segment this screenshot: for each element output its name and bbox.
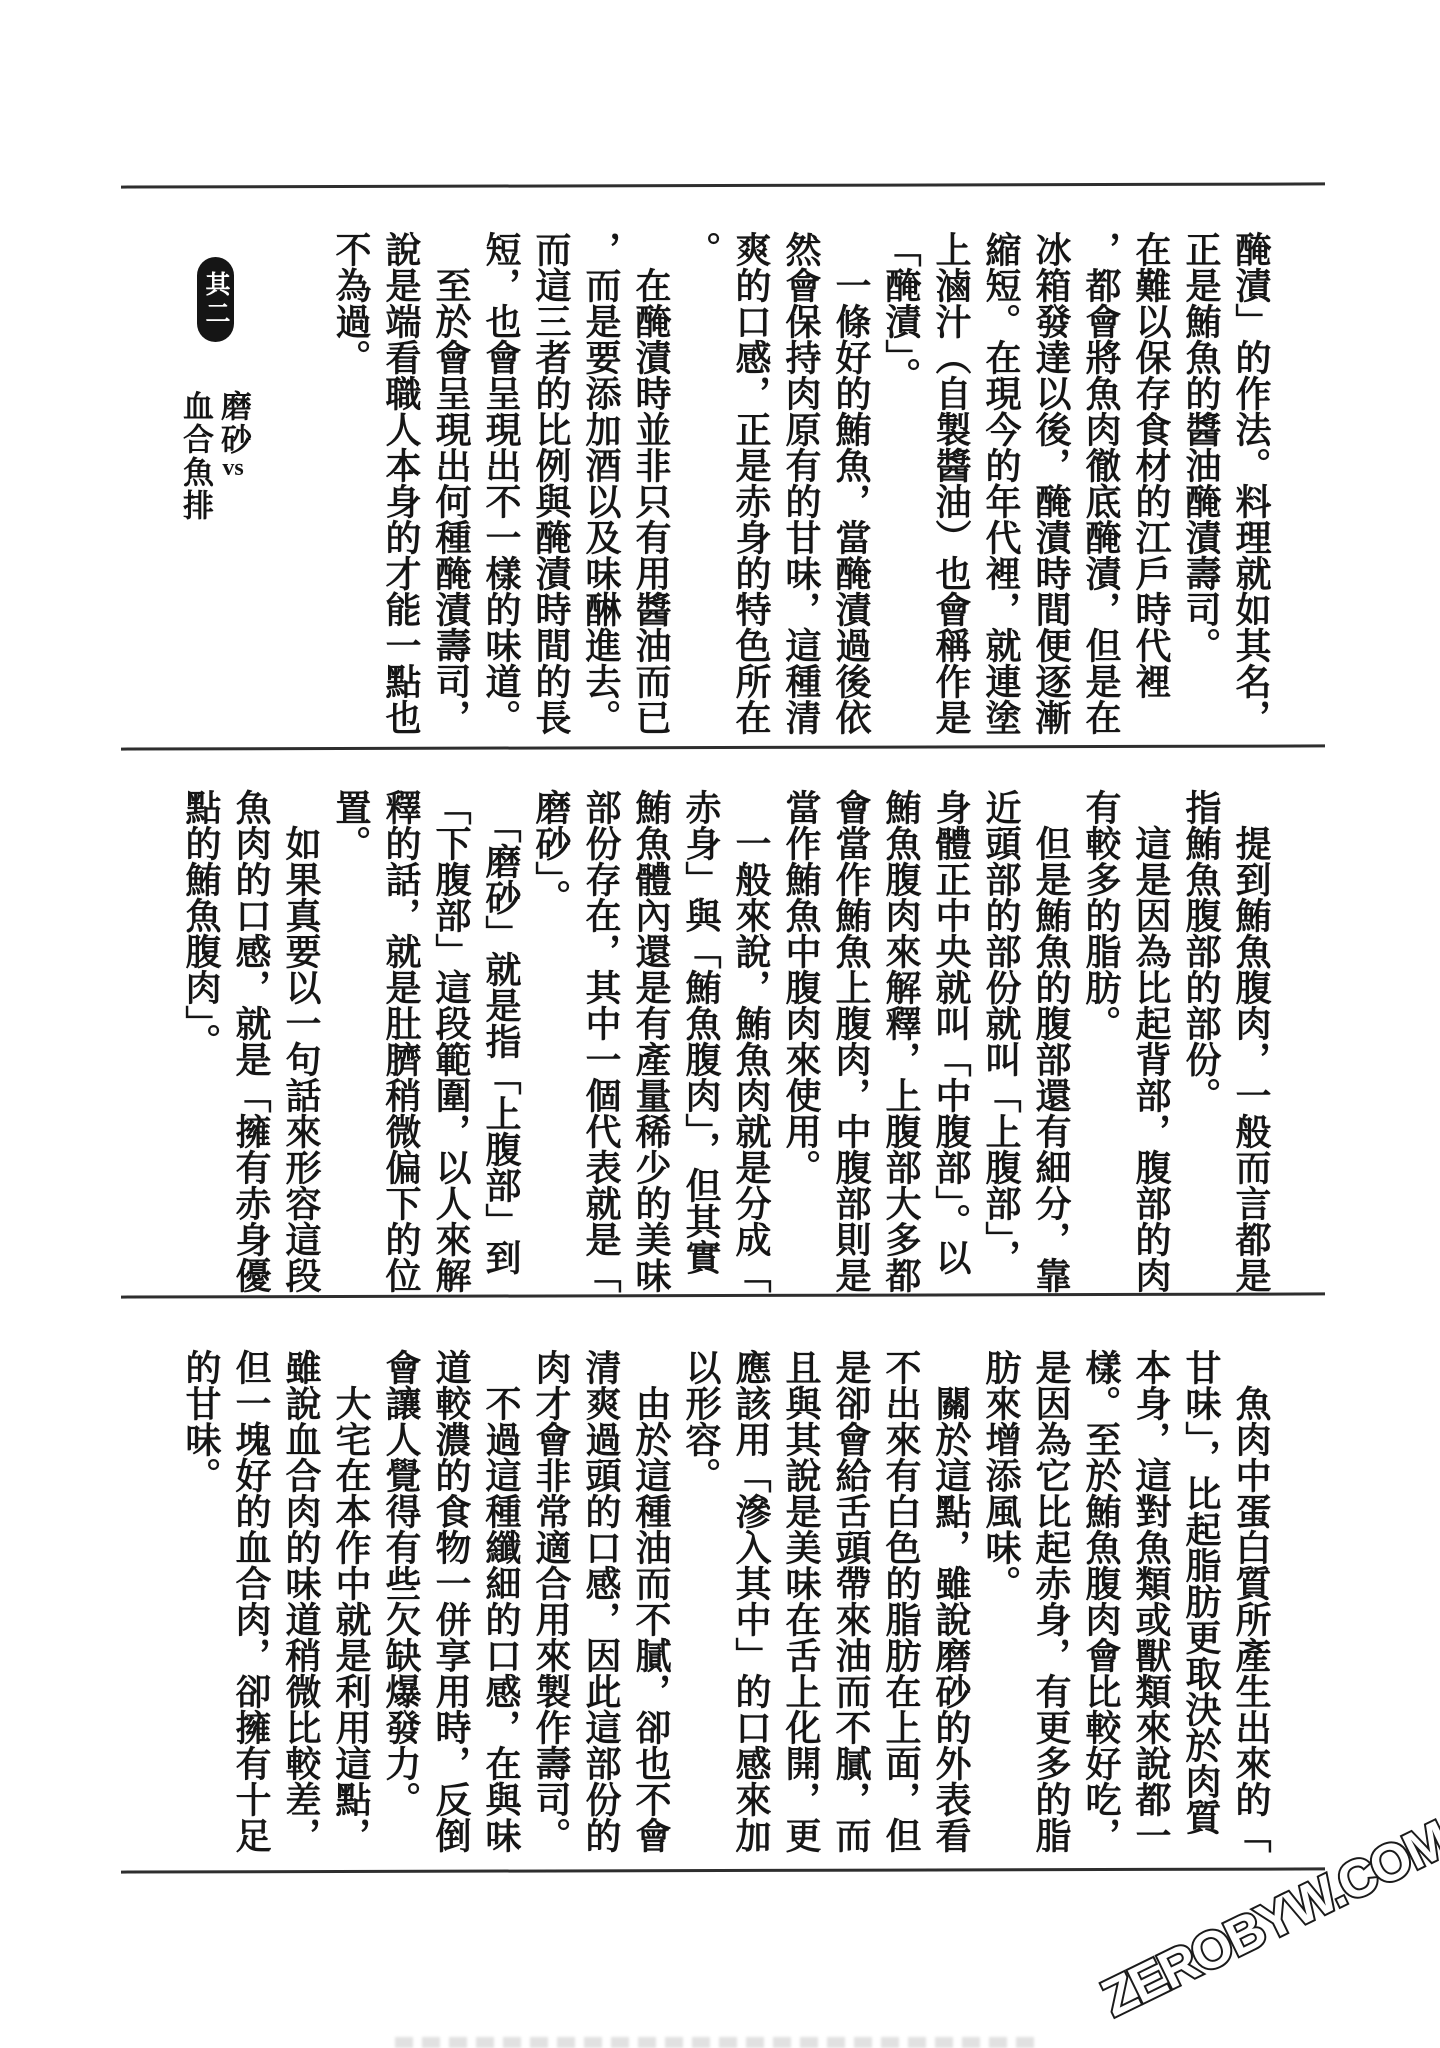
vertical-text-section-3: 魚肉中蛋白質所產生出來的「甘味」，比起脂肪更取決於肉質本身，這對魚類或獸類來說都… — [176, 1349, 1276, 1857]
text-column: 「醃漬」。 — [876, 231, 926, 739]
text-column: 點的鮪魚腹肉」。 — [176, 789, 226, 1297]
text-column: 說是端看職人本身的才能一點也 — [376, 231, 426, 739]
text-column: 但是鮪魚的腹部還有細分，靠 — [1026, 789, 1076, 1297]
text-column: 赤身」與「鮪魚腹肉」，但其實 — [676, 789, 726, 1297]
text-column: 會當作鮪魚上腹肉，中腹部則是 — [826, 789, 876, 1297]
text-column: 且與其說是美味在舌上化開，更 — [776, 1349, 826, 1857]
text-column: 如果真要以一句話來形容這段 — [276, 789, 326, 1297]
scanned-book-page: 其二 磨砂vs 血合魚排 醃漬」的作法。料理就如其名，正是鮪魚的醬油醃漬壽司。在… — [0, 0, 1440, 2048]
text-column: 爽的口感，正是赤身的特色所在 — [726, 231, 776, 739]
text-column: 冰箱發達以後，醃漬時間便逐漸 — [1026, 231, 1076, 739]
cropped-text-strip — [395, 2037, 1035, 2048]
text-column: 「磨砂」就是指「上腹部」到 — [476, 789, 526, 1297]
text-column: 是因為它比起赤身，有更多的脂 — [1026, 1349, 1076, 1857]
text-column: 上滷汁（自製醬油）也會稱作是 — [926, 231, 976, 739]
text-column: 雖說血合肉的味道稍微比較差， — [276, 1349, 326, 1857]
text-column: 一條好的鮪魚，當醃漬過後依 — [826, 231, 876, 739]
section-divider-bottom — [121, 1867, 1325, 1873]
text-column: 不出來有白色的脂肪在上面，但 — [876, 1349, 926, 1857]
text-column: 不為過。 — [326, 231, 376, 739]
text-column: 肪來增添風味。 — [976, 1349, 1026, 1857]
vertical-text-section-2: 提到鮪魚腹肉，一般而言都是指鮪魚腹部的部份。 這是因為比起背部，腹部的肉有較多的… — [176, 789, 1276, 1297]
text-column: 至於會呈現出何種醃漬壽司， — [426, 231, 476, 739]
text-column: 「下腹部」這段範圍，以人來解 — [426, 789, 476, 1297]
text-column: 在醃漬時並非只有用醬油而已 — [626, 231, 676, 739]
text-column: 正是鮪魚的醬油醃漬壽司。 — [1176, 231, 1226, 739]
text-column: 這是因為比起背部，腹部的肉 — [1126, 789, 1176, 1297]
text-column: 釋的話，就是肚臍稍微偏下的位 — [376, 789, 426, 1297]
text-column: 而這三者的比例與醃漬時間的長 — [526, 231, 576, 739]
text-column: 磨砂」。 — [526, 789, 576, 1297]
text-column: 樣。至於鮪魚腹肉會比較好吃， — [1076, 1349, 1126, 1857]
chapter-title-vs: vs — [220, 456, 246, 480]
text-column: 關於這點，雖說磨砂的外表看 — [926, 1349, 976, 1857]
text-column: 由於這種油而不膩，卻也不會 — [626, 1349, 676, 1857]
text-column: 有較多的脂肪。 — [1076, 789, 1126, 1297]
text-column: 身體正中央就叫「中腹部」。以 — [926, 789, 976, 1297]
text-column: 本身，這對魚類或獸類來說都一 — [1126, 1349, 1176, 1857]
text-column: 不過這種纖細的口感，在與味 — [476, 1349, 526, 1857]
text-column: 提到鮪魚腹肉，一般而言都是 — [1226, 789, 1276, 1297]
text-column: 當作鮪魚中腹肉來使用。 — [776, 789, 826, 1297]
text-column: 道較濃的食物一併享用時，反倒 — [426, 1349, 476, 1857]
section-divider-middle-1 — [121, 744, 1325, 750]
vertical-text-section-1: 醃漬」的作法。料理就如其名，正是鮪魚的醬油醃漬壽司。在難以保存食材的江戶時代裡，… — [326, 231, 1276, 739]
text-column: 然會保持肉原有的甘味，這種清 — [776, 231, 826, 739]
chapter-title-line-1: 磨砂vs — [214, 390, 252, 560]
text-column: 魚肉中蛋白質所產生出來的「 — [1226, 1349, 1276, 1857]
text-column: 鮪魚腹肉來解釋，上腹部大多都 — [876, 789, 926, 1297]
text-column: 大宅在本作中就是利用這點， — [326, 1349, 376, 1857]
text-column: 但一塊好的血合肉，卻擁有十足 — [226, 1349, 276, 1857]
chapter-title: 磨砂vs 血合魚排 — [176, 390, 252, 560]
text-column: 近頭部的部份就叫「上腹部」， — [976, 789, 1026, 1297]
text-column: 會讓人覺得有些欠缺爆發力。 — [376, 1349, 426, 1857]
text-column: 肉才會非常適合用來製作壽司。 — [526, 1349, 576, 1857]
text-column: 的甘味。 — [176, 1349, 226, 1857]
chapter-title-kanji: 磨砂 — [216, 390, 251, 456]
text-column: 魚肉的口感，就是「擁有赤身優 — [226, 789, 276, 1297]
text-column: 縮短。在現今的年代裡，就連塗 — [976, 231, 1026, 739]
section-divider-top — [121, 182, 1325, 188]
text-column: 醃漬」的作法。料理就如其名， — [1226, 231, 1276, 739]
text-column: 置。 — [326, 789, 376, 1297]
text-column: 短，也會呈現出不一樣的味道。 — [476, 231, 526, 739]
text-column: 是卻會給舌頭帶來油而不膩，而 — [826, 1349, 876, 1857]
text-column: 在難以保存食材的江戶時代裡 — [1126, 231, 1176, 739]
text-column: 甘味」，比起脂肪更取決於肉質 — [1176, 1349, 1226, 1857]
text-column: 指鮪魚腹部的部份。 — [1176, 789, 1226, 1297]
text-column: 部份存在，其中一個代表就是「 — [576, 789, 626, 1297]
chapter-badge: 其二 — [197, 257, 234, 342]
text-column: 。 — [676, 231, 726, 739]
text-column: 清爽過頭的口感，因此這部份的 — [576, 1349, 626, 1857]
text-column: ，都會將魚肉徹底醃漬，但是在 — [1076, 231, 1126, 739]
text-column: 一般來說，鮪魚肉就是分成「 — [726, 789, 776, 1297]
text-column: 應該用「滲入其中」的口感來加 — [726, 1349, 776, 1857]
chapter-title-line-2: 血合魚排 — [176, 390, 214, 560]
text-column: 以形容。 — [676, 1349, 726, 1857]
text-column: 鮪魚體內還是有產量稀少的美味 — [626, 789, 676, 1297]
text-column: ，而是要添加酒以及味醂進去。 — [576, 231, 626, 739]
